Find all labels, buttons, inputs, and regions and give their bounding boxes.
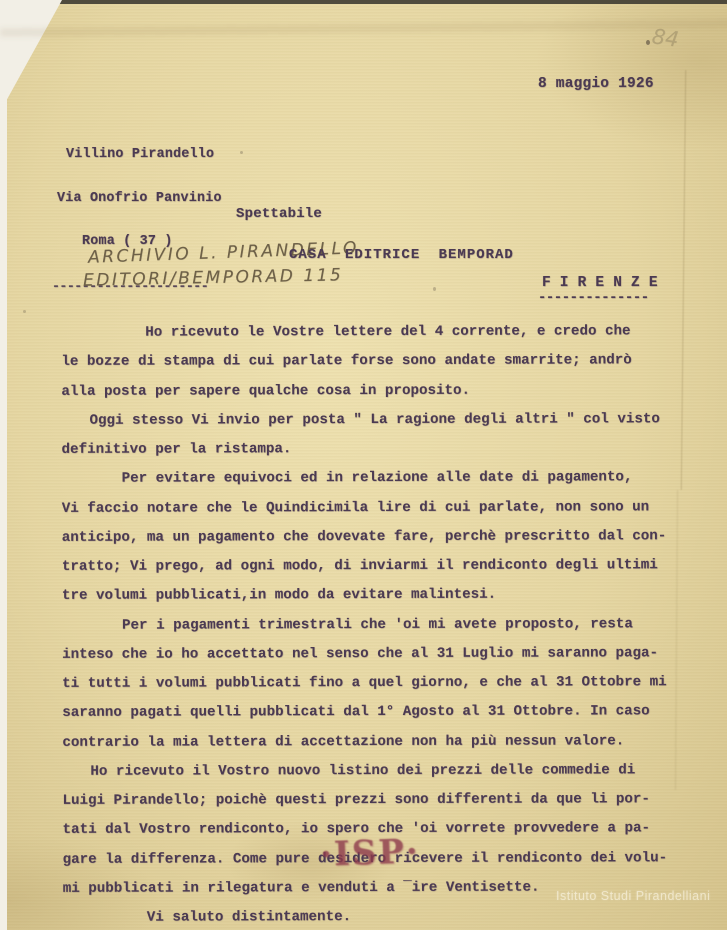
body-line: Luigi Pirandello; poichè questi prezzi s… [62,785,702,816]
sender-name: Villino Pirandello [66,148,222,163]
body-line: Oggi stesso Vi invio per posta " La ragi… [61,405,701,436]
body-line: Per evitare equivoci ed in relazione all… [62,463,702,494]
body-line: le bozze di stampa di cui parlate forse … [61,346,701,377]
body-line: tre volumi pubblicati,in modo da evitare… [62,580,702,611]
paper-torn-corner [0,0,70,120]
archival-note-line2: EDITORI/BEMPORAD 115 [83,265,344,290]
scanner-top-edge [16,0,727,4]
recipient-underline: -------------- [538,290,649,306]
body-line: Ho ricevuto il Vostro nuovo listino dei … [62,756,702,787]
body-line: ti tutti i volumi pubblicati fino a quel… [62,668,702,699]
pencil-mark: 84 [650,24,680,51]
ink-speck [433,287,436,291]
sender-address: Villino Pirandello Via Onofrio Panvinio … [52,119,222,324]
body-line: tratto; Vi prego, ad ogni modo, di invia… [62,551,702,582]
paper-crease-top [0,19,727,36]
sender-street: Via Onofrio Panvinio [57,192,222,207]
body-line: contrario la mia lettera di accettazione… [62,727,702,758]
salutation: Spettabile [236,206,322,222]
institute-watermark: Istituto Studi Pirandelliani [556,889,710,903]
scanner-left-edge [0,0,7,930]
ink-speck [646,40,650,45]
body-line: Ho ricevuto le Vostre lettere del 4 corr… [61,317,701,348]
body-line: alla posta per sapere qualche cosa in pr… [61,376,701,407]
closing-line: Vi saluto distintamente. [63,902,703,930]
ink-speck [240,151,243,154]
body-line: inteso che io ho accettato nel senso che… [62,639,702,670]
body-line: Per i pagamenti trimestrali che 'oi mi a… [62,610,702,641]
body-line: saranno pagati quelli pubblicati dal 1° … [62,697,702,728]
body-line: anticipo, ma un pagamento che dovevate f… [62,522,702,553]
date-line: 8 maggio 1926 [538,76,654,92]
letter-scan: 84 8 maggio 1926 Villino Pirandello Via … [0,0,727,930]
isp-archive-stamp: ·ISP· [319,831,420,874]
recipient-name: CASA EDITRICE BEMPORAD [289,247,514,263]
body-line: definitivo per la ristampa. [62,434,702,465]
ink-speck [23,310,26,313]
recipient-city: F I R E N Z E [542,275,658,291]
body-line: Vi faccio notare che le Quindicimila lir… [62,493,702,524]
